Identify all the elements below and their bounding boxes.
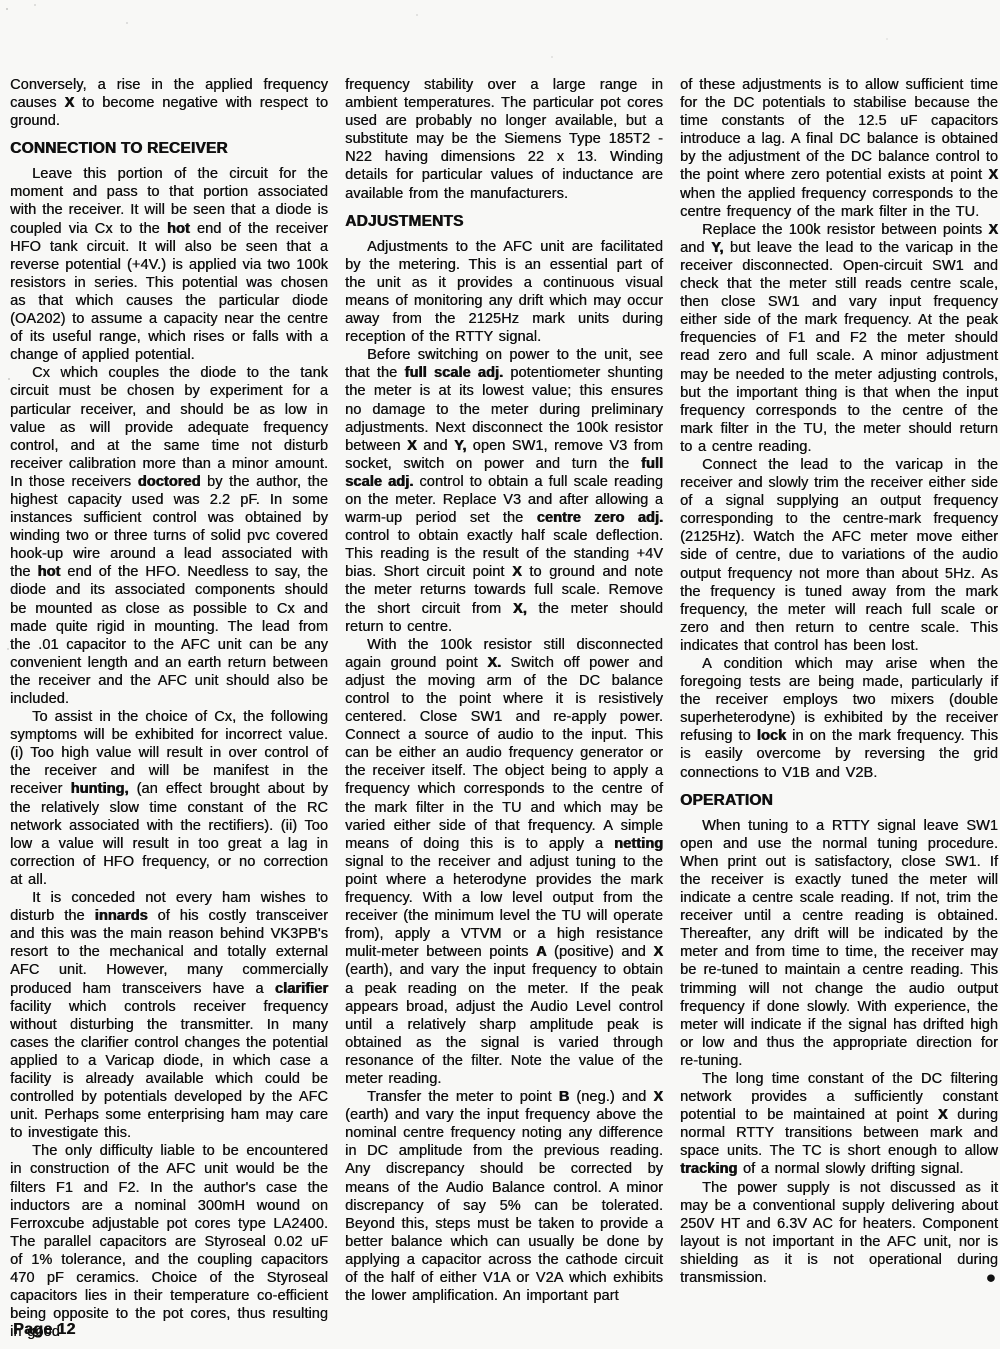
- emphasized-term: innards: [95, 908, 148, 924]
- paragraph: Cx which couples the diode to the tank c…: [10, 364, 328, 708]
- paragraph: Replace the 100k resistor between points…: [680, 221, 998, 456]
- paragraph: The power supply is not discussed as it …: [680, 1179, 998, 1288]
- emphasized-term: X: [938, 1107, 948, 1123]
- emphasized-term: lock: [757, 728, 786, 744]
- scan-noise-speckles: [6, 8, 8, 10]
- emphasized-term: A: [536, 944, 547, 960]
- emphasized-term: tracking: [680, 1161, 737, 1177]
- emphasized-term: full scale adj.: [404, 365, 503, 381]
- emphasized-term: full scale adj.: [345, 456, 663, 490]
- paragraph: The only difficulty liable to be encount…: [10, 1142, 328, 1341]
- paragraph: frequency stability over a large range i…: [345, 76, 663, 203]
- paragraph: Before switching on power to the unit, s…: [345, 346, 663, 636]
- article-columns: Conversely, a rise in the applied freque…: [10, 76, 998, 1341]
- emphasized-term: X: [988, 167, 998, 183]
- emphasized-term: X: [653, 1089, 663, 1105]
- paragraph: The long time constant of the DC filteri…: [680, 1070, 998, 1179]
- emphasized-term: X: [988, 222, 998, 238]
- emphasized-term: hot: [37, 564, 60, 580]
- emphasized-term: doctored: [138, 474, 201, 490]
- section-heading: OPERATION: [680, 791, 998, 810]
- paragraph: It is conceded not every ham wishes to d…: [10, 889, 328, 1142]
- paragraph: Adjustments to the AFC unit are facilita…: [345, 238, 663, 347]
- article-end-mark: ●: [986, 1269, 996, 1287]
- column-1: Conversely, a rise in the applied freque…: [10, 76, 328, 1341]
- section-heading: CONNECTION TO RECEIVER: [10, 139, 328, 158]
- magazine-page: Conversely, a rise in the applied freque…: [0, 0, 1000, 1349]
- paragraph: Conversely, a rise in the applied freque…: [10, 76, 328, 130]
- emphasized-term: X: [512, 564, 522, 580]
- emphasized-term: clarifier: [275, 981, 328, 997]
- paragraph: When tuning to a RTTY signal leave SW1 o…: [680, 817, 998, 1070]
- paragraph: To assist in the choice of Cx, the follo…: [10, 708, 328, 889]
- emphasized-term: Y,: [454, 438, 466, 454]
- emphasized-term: netting: [614, 836, 663, 852]
- emphasized-term: X: [653, 944, 663, 960]
- emphasized-term: hot: [167, 221, 190, 237]
- emphasized-term: centre zero adj.: [537, 510, 663, 526]
- emphasized-term: B: [559, 1089, 570, 1105]
- page-number: Page 12: [13, 1321, 76, 1339]
- emphasized-term: X: [64, 95, 74, 111]
- section-heading: ADJUSTMENTS: [345, 212, 663, 231]
- column-2: frequency stability over a large range i…: [345, 76, 663, 1305]
- emphasized-term: X: [407, 438, 417, 454]
- paragraph: of these adjustments is to allow suffici…: [680, 76, 998, 221]
- column-3: of these adjustments is to allow suffici…: [680, 76, 998, 1287]
- paragraph: A condition which may arise when the for…: [680, 655, 998, 782]
- emphasized-term: Y,: [711, 240, 723, 256]
- paragraph: Transfer the meter to point B (neg.) and…: [345, 1088, 663, 1305]
- paragraph: With the 100k resistor still disconnecte…: [345, 636, 663, 1088]
- emphasized-term: X.: [487, 655, 501, 671]
- emphasized-term: hunting,: [70, 781, 128, 797]
- paragraph: Connect the lead to the varicap in the r…: [680, 456, 998, 655]
- emphasized-term: X,: [513, 601, 527, 617]
- paragraph: Leave this portion of the circuit for th…: [10, 165, 328, 364]
